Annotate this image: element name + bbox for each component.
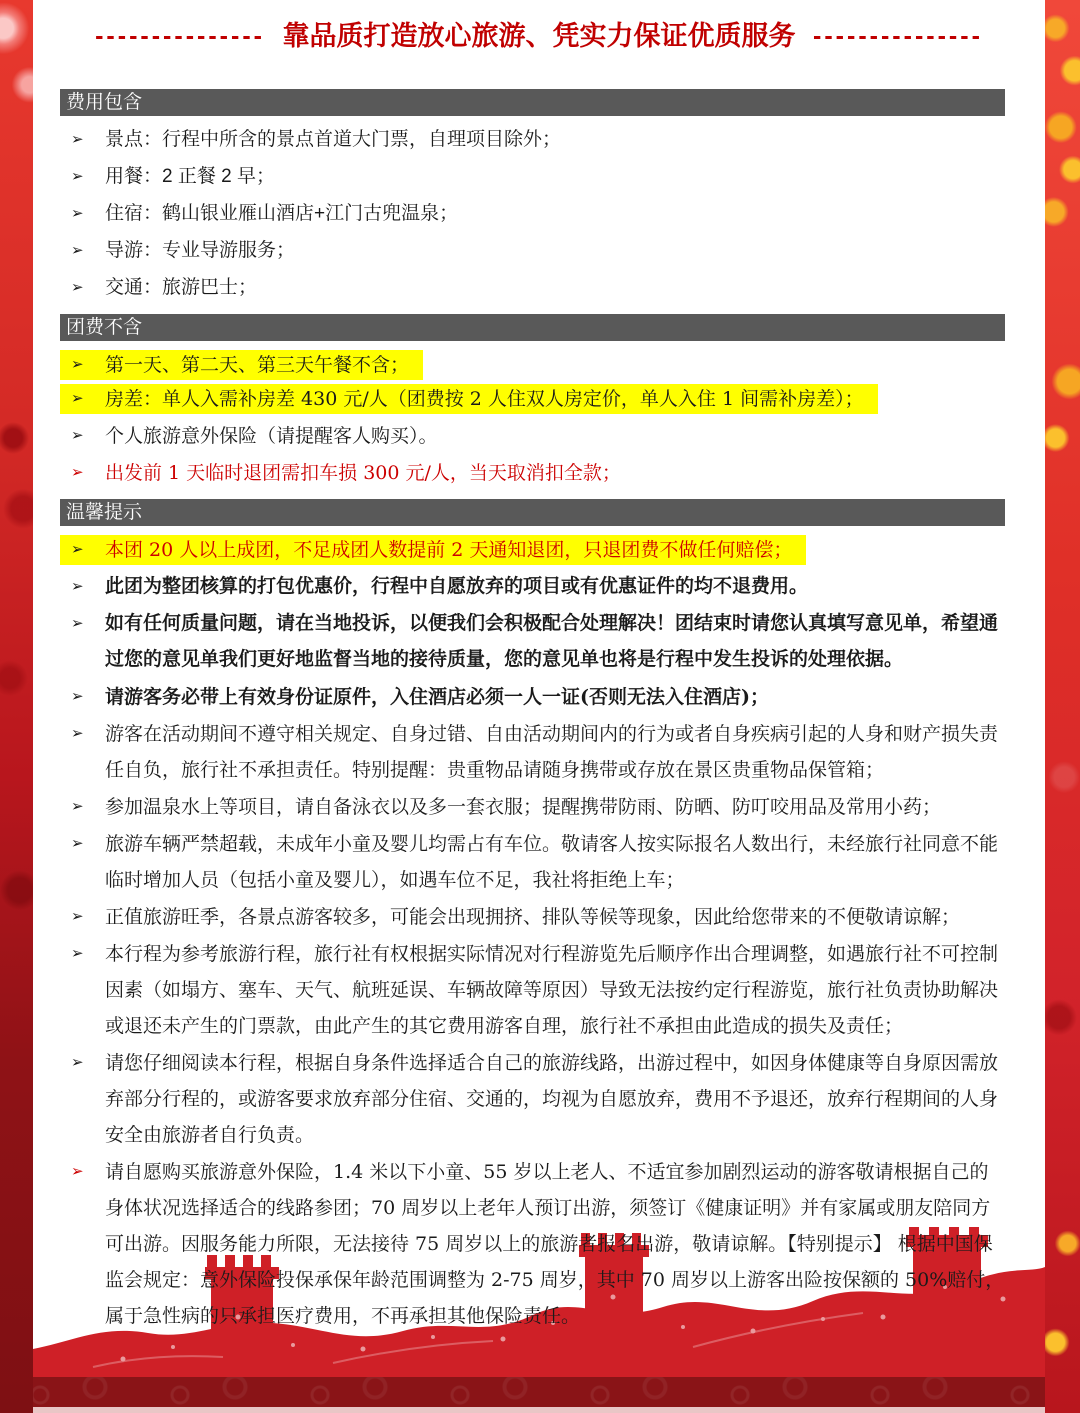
section: 团费不含 ➢ 第一天、第二天、第三天午餐不含； ➢ 房差：单人入需补房差 430… xyxy=(60,314,1045,499)
item-text: 请自愿购买旅游意外保险，1.4 米以下小童、55 岁以上老人、不适宜参加剧烈运动… xyxy=(105,1154,1005,1334)
sections: 费用包含 ➢ 景点：行程中所含的景点首道大门票，自理项目除外； ➢ 用餐：2 正… xyxy=(33,89,1045,1342)
bullet-arrow-icon: ➢ xyxy=(60,535,105,565)
list-item: ➢ 用餐：2 正餐 2 早； xyxy=(60,159,1005,195)
list-item: ➢ 出发前 1 天临时退团需扣车损 300 元/人，当天取消扣全款； xyxy=(60,455,1005,491)
list-item: ➢ 本团 20 人以上成团，不足成团人数提前 2 天通知退团，只退团费不做任何赔… xyxy=(60,535,806,565)
item-text: 住宿：鹤山银业雁山酒店+江门古兜温泉； xyxy=(105,196,1005,232)
banner-title: 靠品质打造放心旅游、凭实力保证优质服务 xyxy=(283,21,796,51)
list-item: ➢ 游客在活动期间不遵守相关规定、自身过错、自由活动期间内的行为或者自身疾病引起… xyxy=(60,716,1005,788)
bullet-arrow-icon: ➢ xyxy=(60,899,105,935)
item-text: 用餐：2 正餐 2 早； xyxy=(105,159,1005,195)
item-text: 如有任何质量问题，请在当地投诉，以便我们会积极配合处理解决！团结束时请您认真填写… xyxy=(105,606,1005,678)
bullet-arrow-icon: ➢ xyxy=(60,350,105,380)
bullet-arrow-icon: ➢ xyxy=(60,270,105,306)
item-text: 景点：行程中所含的景点首道大门票，自理项目除外； xyxy=(105,122,1005,158)
list-item: ➢ 如有任何质量问题，请在当地投诉，以便我们会积极配合处理解决！团结束时请您认真… xyxy=(60,606,1005,678)
item-text: 旅游车辆严禁超载，未成年小童及婴儿均需占有车位。敬请客人按实际报名人数出行，未经… xyxy=(105,826,1005,898)
list-item: ➢ 请游客务必带上有效身份证原件，入住酒店必须一人一证(否则无法入住酒店)； xyxy=(60,679,1005,715)
right-decorative-border xyxy=(1045,0,1080,1413)
list-item: ➢ 个人旅游意外保险（请提醒客人购买）。 xyxy=(60,418,1005,454)
list-item: ➢ 此团为整团核算的打包优惠价，行程中自愿放弃的项目或有优惠证件的均不退费用。 xyxy=(60,569,1005,605)
bullet-arrow-icon: ➢ xyxy=(60,384,105,414)
bullet-arrow-icon: ➢ xyxy=(60,826,105,862)
section: 温馨提示 ➢ 本团 20 人以上成团，不足成团人数提前 2 天通知退团，只退团费… xyxy=(60,499,1045,1342)
list-item: ➢ 房差：单人入需补房差 430 元/人（团费按 2 人住双人房定价，单人入住 … xyxy=(60,384,878,414)
item-text: 游客在活动期间不遵守相关规定、自身过错、自由活动期间内的行为或者自身疾病引起的人… xyxy=(105,716,1005,788)
bullet-arrow-icon: ➢ xyxy=(60,606,105,642)
item-text: 出发前 1 天临时退团需扣车损 300 元/人，当天取消扣全款； xyxy=(105,455,1005,491)
bullet-arrow-icon: ➢ xyxy=(60,716,105,752)
quality-slogan-banner: --------------- 靠品质打造放心旅游、凭实力保证优质服务 ----… xyxy=(33,14,1045,53)
bullet-arrow-icon: ➢ xyxy=(60,122,105,158)
bullet-arrow-icon: ➢ xyxy=(60,936,105,972)
item-text: 本团 20 人以上成团，不足成团人数提前 2 天通知退团，只退团费不做任何赔偿； xyxy=(105,535,792,565)
item-text: 交通：旅游巴士； xyxy=(105,270,1005,306)
bullet-arrow-icon: ➢ xyxy=(60,196,105,232)
list-item: ➢ 交通：旅游巴士； xyxy=(60,270,1005,306)
banner-dashes-right: --------------- xyxy=(813,22,983,50)
item-text: 参加温泉水上等项目，请自备泳衣以及多一套衣服；提醒携带防雨、防晒、防叮咬用品及常… xyxy=(105,789,1005,825)
left-decorative-border xyxy=(0,0,33,1413)
bullet-arrow-icon: ➢ xyxy=(60,1154,105,1190)
section-header: 费用包含 xyxy=(60,89,1005,116)
list-item: ➢ 第一天、第二天、第三天午餐不含； xyxy=(60,350,423,380)
bullet-arrow-icon: ➢ xyxy=(60,789,105,825)
bullet-arrow-icon: ➢ xyxy=(60,233,105,269)
item-text: 房差：单人入需补房差 430 元/人（团费按 2 人住双人房定价，单人入住 1 … xyxy=(105,384,864,414)
item-text: 请您仔细阅读本行程，根据自身条件选择适合自己的旅游线路，出游过程中，如因身体健康… xyxy=(105,1045,1005,1153)
document-page: --------------- 靠品质打造放心旅游、凭实力保证优质服务 ----… xyxy=(33,0,1045,1342)
footer-bottom-line xyxy=(0,1407,1080,1413)
section: 费用包含 ➢ 景点：行程中所含的景点首道大门票，自理项目除外； ➢ 用餐：2 正… xyxy=(60,89,1045,314)
item-text: 导游：专业导游服务； xyxy=(105,233,1005,269)
bullet-arrow-icon: ➢ xyxy=(60,569,105,605)
item-text: 此团为整团核算的打包优惠价，行程中自愿放弃的项目或有优惠证件的均不退费用。 xyxy=(105,569,1005,605)
section-items: ➢ 第一天、第二天、第三天午餐不含； ➢ 房差：单人入需补房差 430 元/人（… xyxy=(60,341,1045,499)
list-item: ➢ 导游：专业导游服务； xyxy=(60,233,1005,269)
section-items: ➢ 景点：行程中所含的景点首道大门票，自理项目除外； ➢ 用餐：2 正餐 2 早… xyxy=(60,116,1045,314)
section-header: 温馨提示 xyxy=(60,499,1005,526)
banner-dashes-left: --------------- xyxy=(95,22,265,50)
bullet-arrow-icon: ➢ xyxy=(60,418,105,454)
bullet-arrow-icon: ➢ xyxy=(60,1045,105,1081)
item-text: 本行程为参考旅游行程，旅行社有权根据实际情况对行程游览先后顺序作出合理调整，如遇… xyxy=(105,936,1005,1044)
list-item: ➢ 旅游车辆严禁超载，未成年小童及婴儿均需占有车位。敬请客人按实际报名人数出行，… xyxy=(60,826,1005,898)
list-item: ➢ 住宿：鹤山银业雁山酒店+江门古兜温泉； xyxy=(60,196,1005,232)
section-header: 团费不含 xyxy=(60,314,1005,341)
bullet-arrow-icon: ➢ xyxy=(60,455,105,491)
list-item: ➢ 本行程为参考旅游行程，旅行社有权根据实际情况对行程游览先后顺序作出合理调整，… xyxy=(60,936,1005,1044)
list-item: ➢ 请您仔细阅读本行程，根据自身条件选择适合自己的旅游线路，出游过程中，如因身体… xyxy=(60,1045,1005,1153)
bullet-arrow-icon: ➢ xyxy=(60,679,105,715)
item-text: 请游客务必带上有效身份证原件，入住酒店必须一人一证(否则无法入住酒店)； xyxy=(105,679,1005,715)
list-item: ➢ 请自愿购买旅游意外保险，1.4 米以下小童、55 岁以上老人、不适宜参加剧烈… xyxy=(60,1154,1005,1334)
list-item: ➢ 正值旅游旺季，各景点游客较多，可能会出现拥挤、排队等候等现象，因此给您带来的… xyxy=(60,899,1005,935)
section-items: ➢ 本团 20 人以上成团，不足成团人数提前 2 天通知退团，只退团费不做任何赔… xyxy=(60,526,1045,1342)
footer-swirl-band xyxy=(0,1377,1080,1407)
item-text: 第一天、第二天、第三天午餐不含； xyxy=(105,350,409,380)
list-item: ➢ 参加温泉水上等项目，请自备泳衣以及多一套衣服；提醒携带防雨、防晒、防叮咬用品… xyxy=(60,789,1005,825)
list-item: ➢ 景点：行程中所含的景点首道大门票，自理项目除外； xyxy=(60,122,1005,158)
item-text: 个人旅游意外保险（请提醒客人购买）。 xyxy=(105,418,1005,454)
item-text: 正值旅游旺季，各景点游客较多，可能会出现拥挤、排队等候等现象，因此给您带来的不便… xyxy=(105,899,1005,935)
bullet-arrow-icon: ➢ xyxy=(60,159,105,195)
